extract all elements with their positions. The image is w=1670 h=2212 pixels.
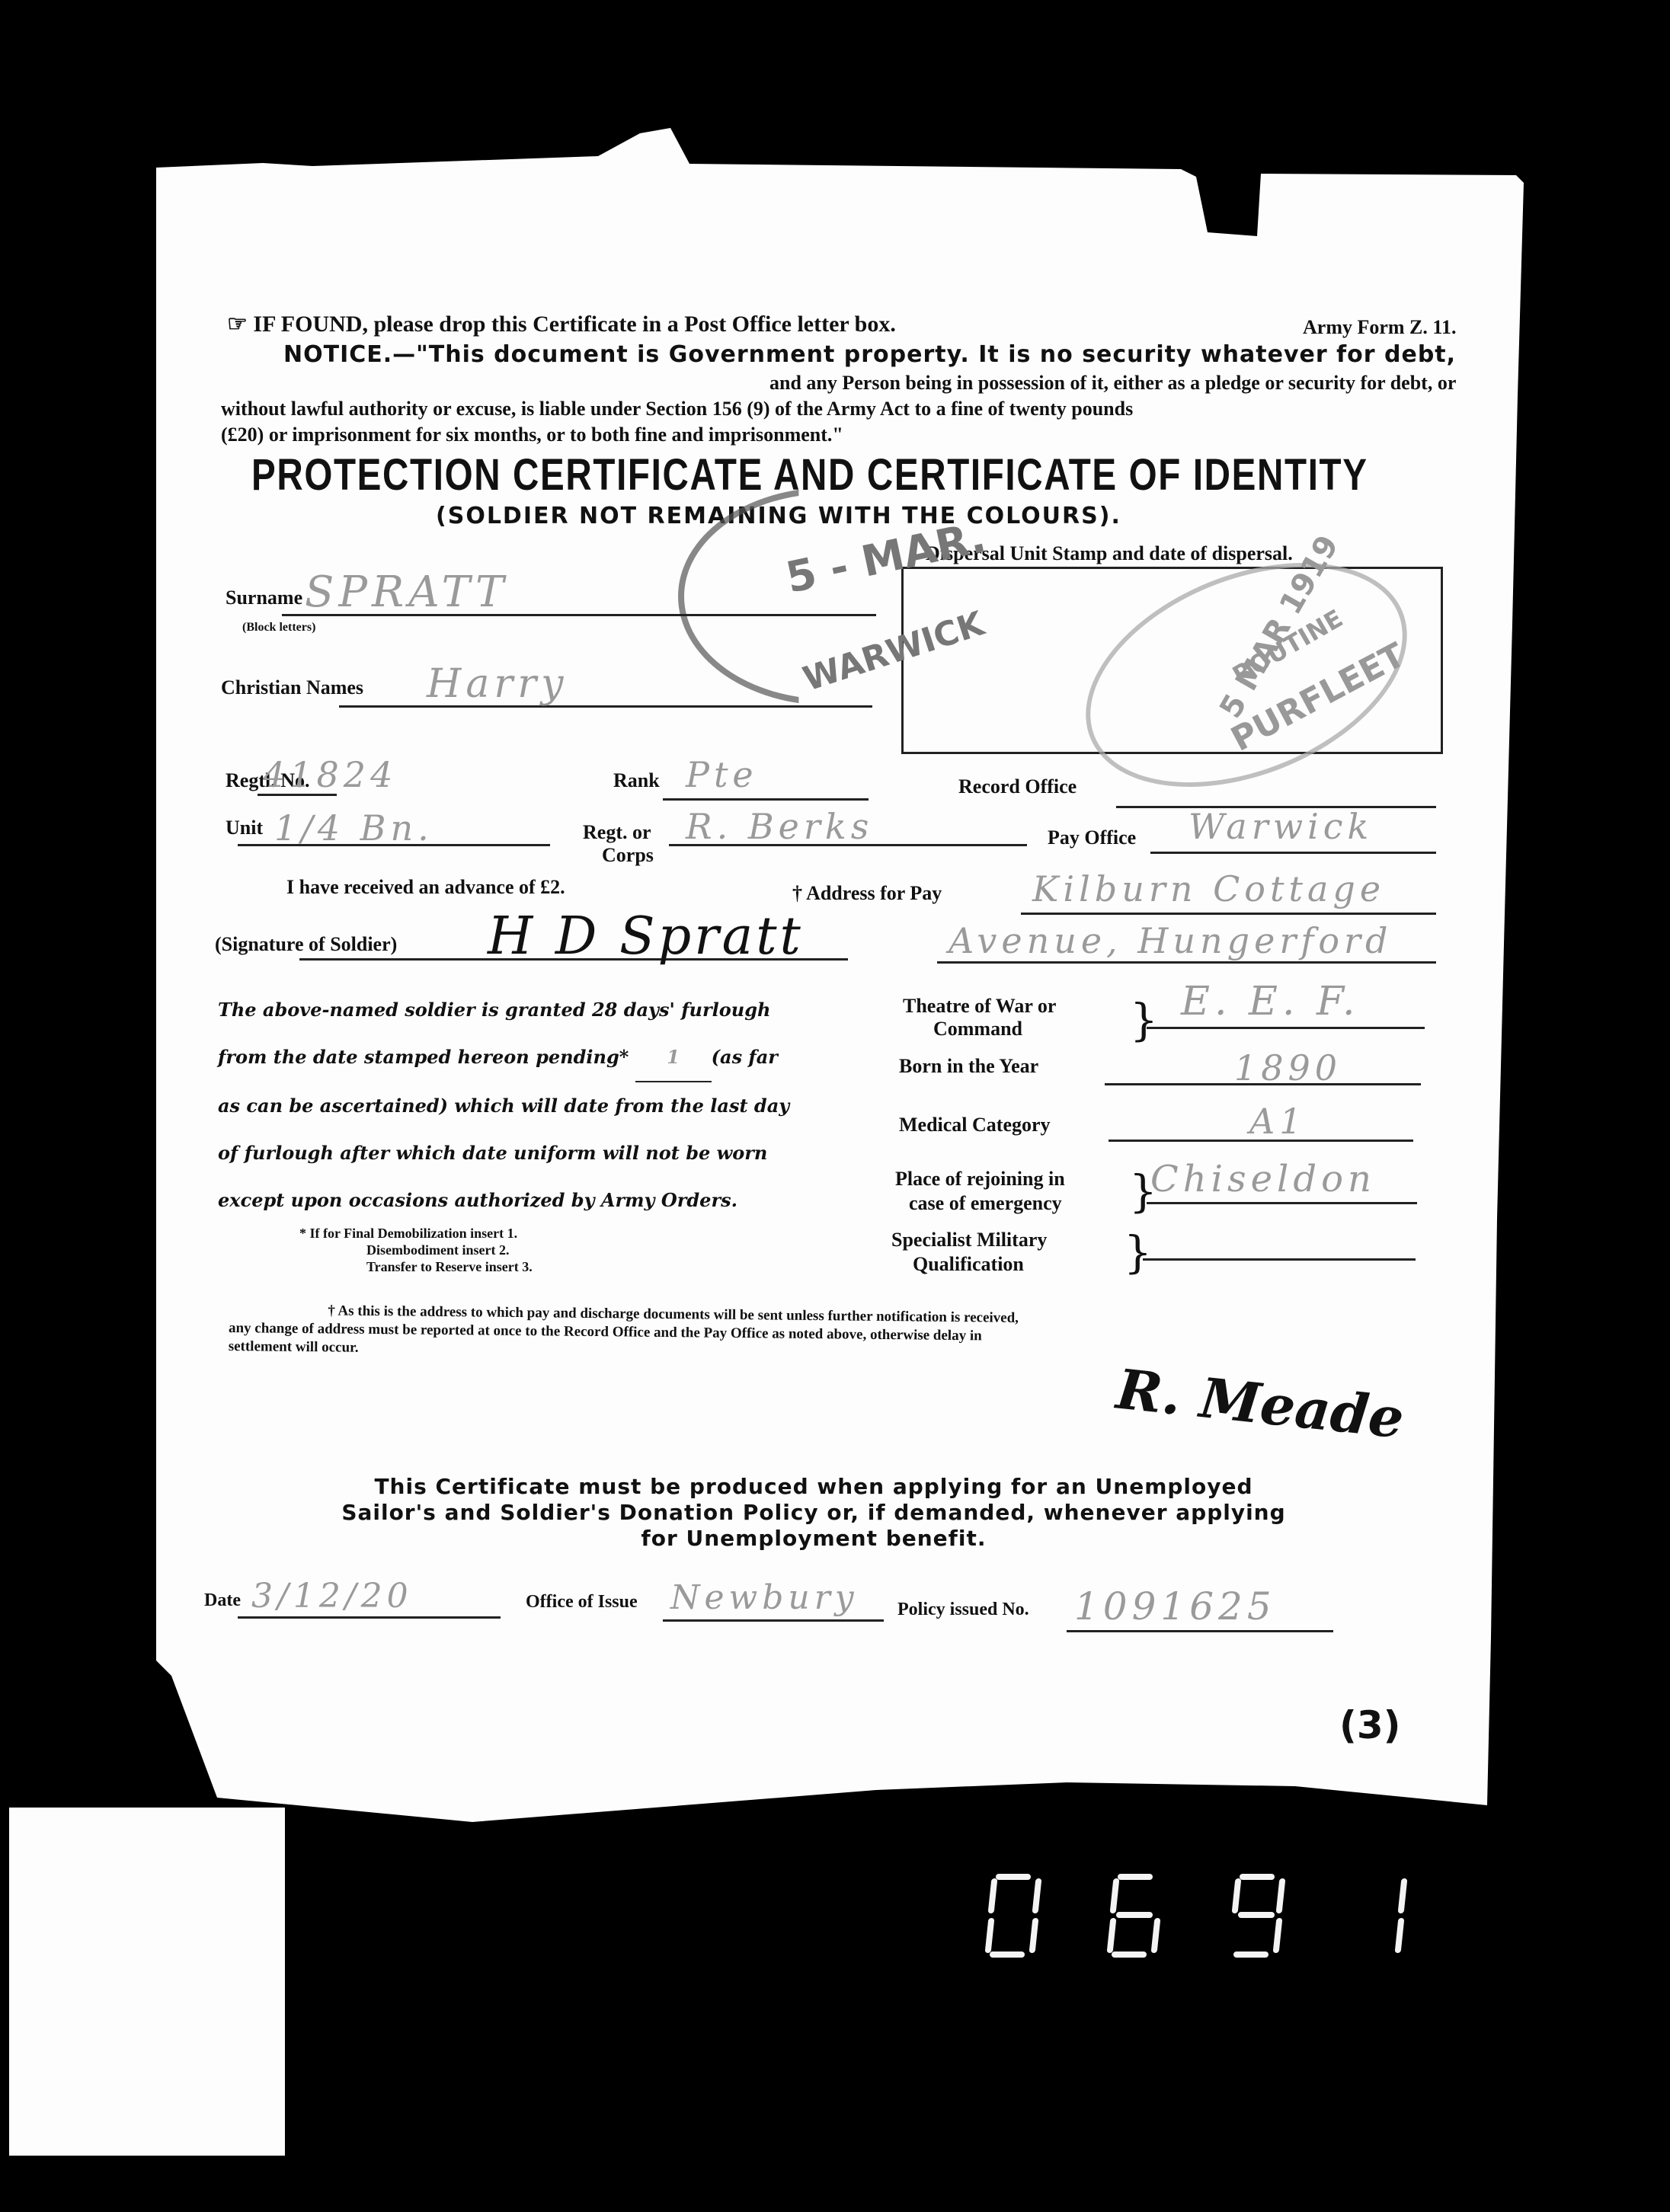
surname-label: Surname <box>226 587 302 609</box>
advance-statement: I have received an advance of £2. <box>286 876 565 899</box>
record-office-label: Record Office <box>958 775 1077 798</box>
medical-category-label: Medical Category <box>899 1114 1051 1136</box>
surname-sublabel: (Block letters) <box>242 621 315 635</box>
furlough-footnote: * If for Final Demobilization insert 1. … <box>299 1225 533 1275</box>
soldier-signature: H D Spratt <box>488 906 804 967</box>
form-number: Army Form Z. 11. <box>1303 316 1456 339</box>
christian-names-field[interactable]: Harry <box>427 661 568 707</box>
rank-line <box>663 798 869 801</box>
born-field[interactable]: 1890 <box>1234 1047 1342 1088</box>
christian-names-line <box>339 705 872 708</box>
rejoining-line <box>1147 1202 1417 1204</box>
unit-label: Unit <box>226 817 263 839</box>
surname-field[interactable]: SPRATT <box>305 567 508 617</box>
medical-category-field[interactable]: A1 <box>1249 1101 1307 1142</box>
born-label: Born in the Year <box>899 1055 1038 1078</box>
issue-date-label: Date <box>204 1590 241 1611</box>
address-for-pay-field-2[interactable]: Avenue, Hungerford <box>949 920 1392 961</box>
theatre-line <box>1147 1027 1425 1029</box>
notice-line-3: (£20) or imprisonment for six months, or… <box>221 424 843 446</box>
rejoining-field[interactable]: Chiseldon <box>1150 1158 1376 1200</box>
office-of-issue-label: Office of Issue <box>526 1592 638 1613</box>
christian-names-label: Christian Names <box>221 676 363 699</box>
unit-field[interactable]: 1/4 Bn. <box>274 807 433 849</box>
policy-number-label: Policy issued No. <box>897 1600 1029 1620</box>
theatre-field[interactable]: E. E. F. <box>1181 979 1360 1024</box>
regt-or-corps-field[interactable]: R. Berks <box>686 806 873 847</box>
notice-line-2: without lawful authority or excuse, is l… <box>221 398 1133 420</box>
office-of-issue-field[interactable]: Newbury <box>670 1578 859 1617</box>
notice-line-1: and any Person being in possession of it… <box>769 372 1456 395</box>
page-marker: (3) <box>1339 1703 1401 1747</box>
rank-field[interactable]: Pte <box>686 754 758 795</box>
specialist-line <box>1143 1258 1416 1261</box>
rank-label: Rank <box>613 769 660 792</box>
furlough-paragraph: The above-named soldier is granted 28 da… <box>218 986 789 1224</box>
unemployment-notice: This Certificate must be produced when a… <box>219 1474 1408 1552</box>
pay-office-field[interactable]: Warwick <box>1189 806 1373 847</box>
policy-number-line <box>1067 1630 1333 1632</box>
blank-card <box>9 1808 285 2156</box>
office-of-issue-line <box>663 1619 884 1622</box>
issue-date-field[interactable]: 3/12/20 <box>251 1577 413 1616</box>
pay-office-line <box>1150 852 1436 854</box>
digit-1 <box>1109 1874 1162 1958</box>
theatre-label: Theatre of War or Command <box>903 995 1056 1040</box>
pay-office-label: Pay Office <box>1048 826 1136 849</box>
issue-date-line <box>238 1616 501 1619</box>
notice-lead: NOTICE.—"This document is Government pro… <box>283 341 1456 368</box>
address-for-pay-field-1[interactable]: Kilburn Cottage <box>1032 868 1385 909</box>
regt-or-corps-label: Regt. or Corps <box>583 821 654 867</box>
furlough-code-field[interactable]: 1 <box>635 1034 712 1082</box>
digit-2 <box>1230 1874 1284 1958</box>
brace-icon: } <box>1130 994 1158 1046</box>
specialist-label: Specialist Military Qualification <box>891 1228 1047 1277</box>
pointing-hand-icon: ☞ <box>227 312 248 337</box>
address-for-pay-label: † Address for Pay <box>792 882 942 905</box>
regtl-no-field[interactable]: 41824 <box>263 754 397 795</box>
rejoining-label: Place of rejoining in case of emergency <box>895 1167 1065 1216</box>
address-note: † As this is the address to which pay an… <box>229 1301 1019 1364</box>
digit-3 <box>1352 1874 1406 1958</box>
digit-0 <box>987 1874 1040 1958</box>
page-title: PROTECTION CERTIFICATE AND CERTIFICATE O… <box>251 449 1368 500</box>
signature-of-soldier-label: (Signature of Soldier) <box>215 933 397 956</box>
frame-number <box>987 1874 1406 1958</box>
policy-number-field[interactable]: 1091625 <box>1074 1584 1276 1629</box>
address-for-pay-line-2 <box>937 961 1436 964</box>
brace-icon: } <box>1124 1226 1152 1278</box>
found-notice: ☞ IF FOUND, please drop this Certificate… <box>227 311 896 337</box>
address-for-pay-line-1 <box>1021 913 1436 915</box>
